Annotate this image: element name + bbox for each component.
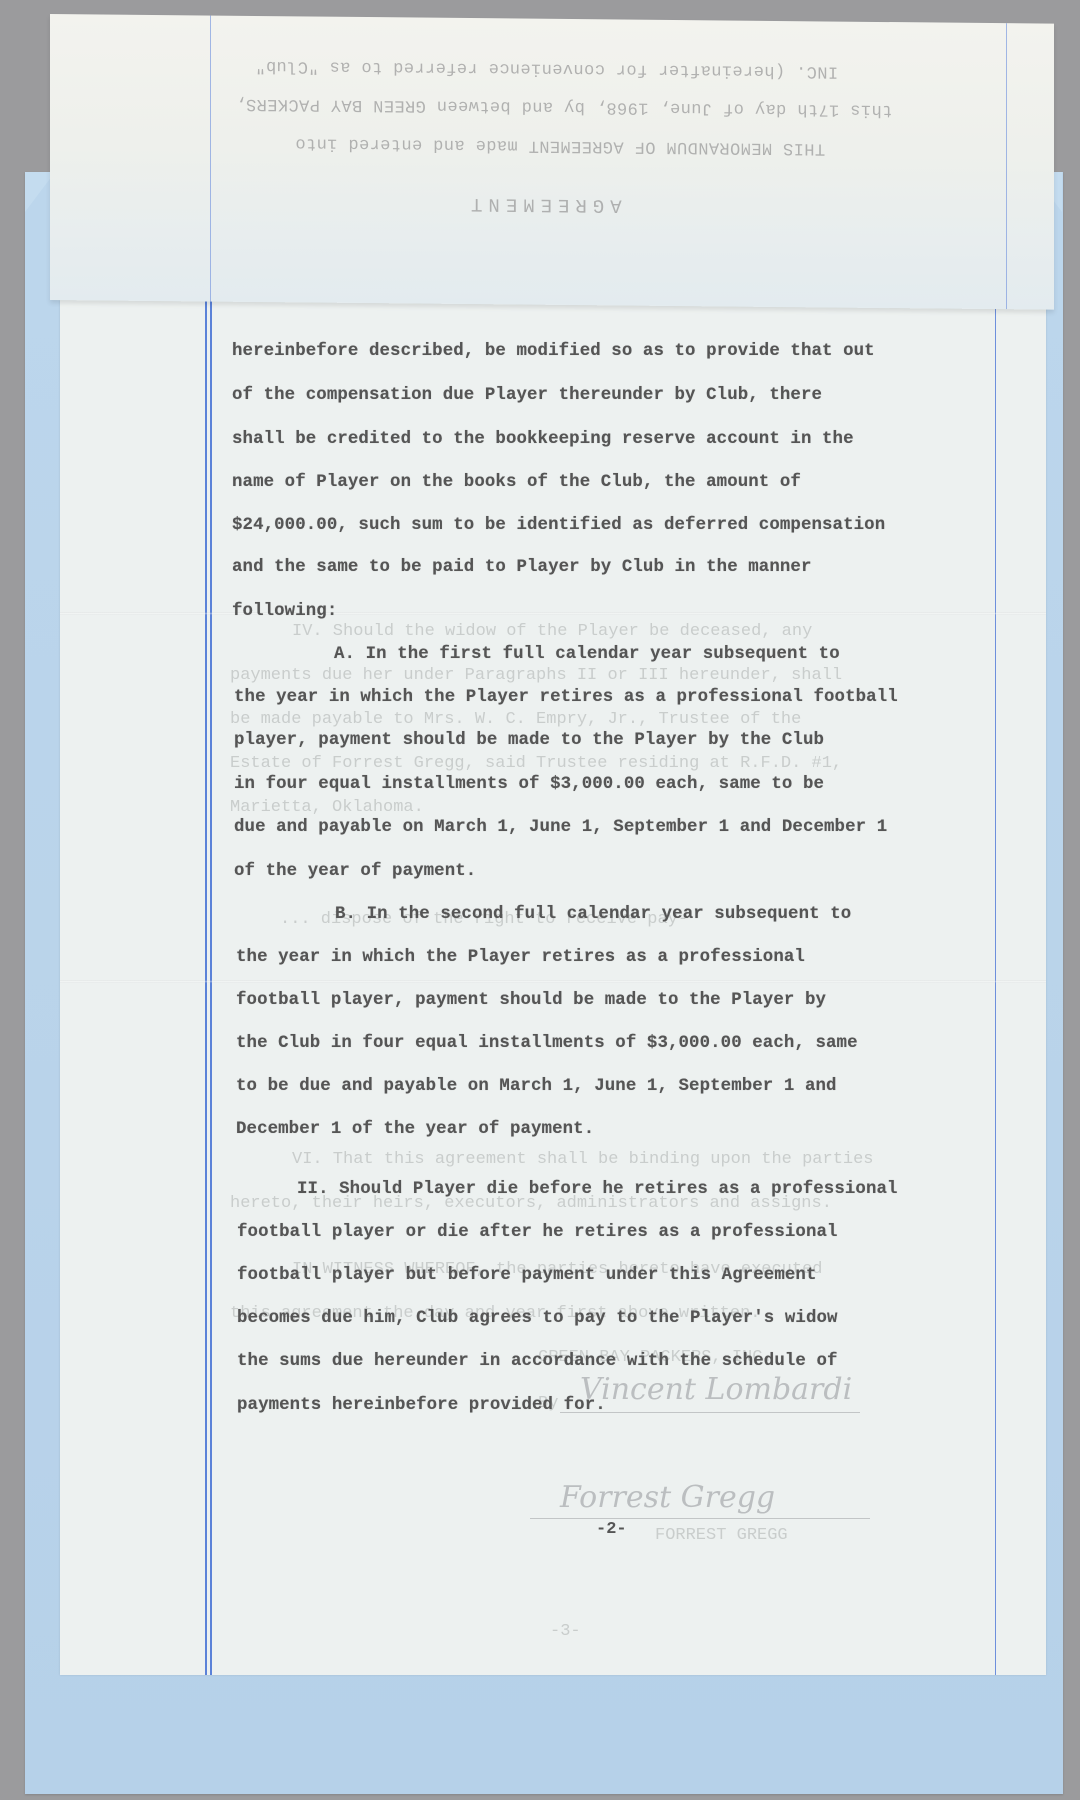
contract-page: IV. Should the widow of the Player be de… (60, 300, 1046, 1675)
text-line: the year in which the Player retires as … (236, 948, 805, 967)
text-line: football player, payment should be made … (236, 991, 826, 1010)
mirrored-text: THIS MEMORANDUM OF AGREEMENT made and en… (295, 133, 825, 157)
text-line: $24,000.00, such sum to be identified as… (232, 516, 885, 535)
mirrored-text: this 17th day of June, 1968, by and betw… (235, 94, 892, 119)
text-line: and the same to be paid to Player by Clu… (232, 558, 811, 577)
page-number: -2- (596, 1520, 627, 1539)
text-line: becomes due him, Club agrees to pay to t… (237, 1309, 838, 1328)
bleed-through-text: FORREST GREGG (655, 1526, 788, 1545)
text-line: the year in which the Player retires as … (234, 688, 898, 707)
club-signature: Vincent Lombardi (580, 1372, 852, 1407)
text-line: of the compensation due Player thereunde… (232, 386, 822, 405)
text-line: shall be credited to the bookkeeping res… (232, 430, 854, 449)
mirrored-text: INC. (hereinafter for convenience referr… (255, 56, 838, 81)
bleed-through-text: Estate of Forrest Gregg, said Trustee re… (230, 754, 842, 773)
text-line: to be due and payable on March 1, June 1… (236, 1077, 837, 1096)
text-line: player, payment should be made to the Pl… (234, 731, 824, 750)
text-line: the sums due hereunder in accordance wit… (237, 1352, 838, 1371)
bleed-through-text: VI. That this agreement shall be binding… (292, 1150, 874, 1169)
text-line: hereinbefore described, be modified so a… (232, 342, 875, 361)
text-line: B. In the second full calendar year subs… (335, 905, 851, 924)
flap-margin-line (210, 16, 211, 302)
bleed-through-text: IV. Should the widow of the Player be de… (292, 622, 812, 641)
text-line: of the year of payment. (234, 862, 476, 881)
left-margin-line (205, 300, 207, 1675)
mirrored-title: AGREEMENT (465, 193, 622, 217)
text-line: football player but before payment under… (237, 1266, 816, 1285)
text-line: A. In the first full calendar year subse… (334, 645, 840, 664)
bleed-through-text: payments due her under Paragraphs II or … (230, 666, 842, 685)
signature-line (530, 1518, 870, 1519)
text-line: II. Should Player die before he retires … (297, 1180, 898, 1199)
bleed-through-text: -3- (550, 1622, 581, 1641)
fold-crease (60, 980, 1046, 983)
bleed-through-text: Marietta, Oklahoma. (230, 798, 424, 817)
flap-margin-line (1006, 23, 1007, 309)
bleed-through-text: be made payable to Mrs. W. C. Empry, Jr.… (230, 710, 801, 729)
text-line: name of Player on the books of the Club,… (232, 473, 801, 492)
fold-crease (60, 612, 1046, 615)
text-line: payments hereinbefore provided for. (237, 1396, 606, 1415)
folded-top-flap: INC. (hereinafter for convenience referr… (50, 14, 1054, 310)
text-line: due and payable on March 1, June 1, Sept… (234, 818, 887, 837)
text-line: football player or die after he retires … (237, 1223, 838, 1242)
text-line: the Club in four equal installments of $… (236, 1034, 858, 1053)
left-margin-line-2 (210, 300, 212, 1675)
player-signature: Forrest Gregg (560, 1480, 775, 1515)
text-line: following: (232, 602, 337, 621)
text-line: December 1 of the year of payment. (236, 1120, 594, 1139)
right-margin-line (995, 300, 996, 1675)
text-line: in four equal installments of $3,000.00 … (234, 775, 824, 794)
